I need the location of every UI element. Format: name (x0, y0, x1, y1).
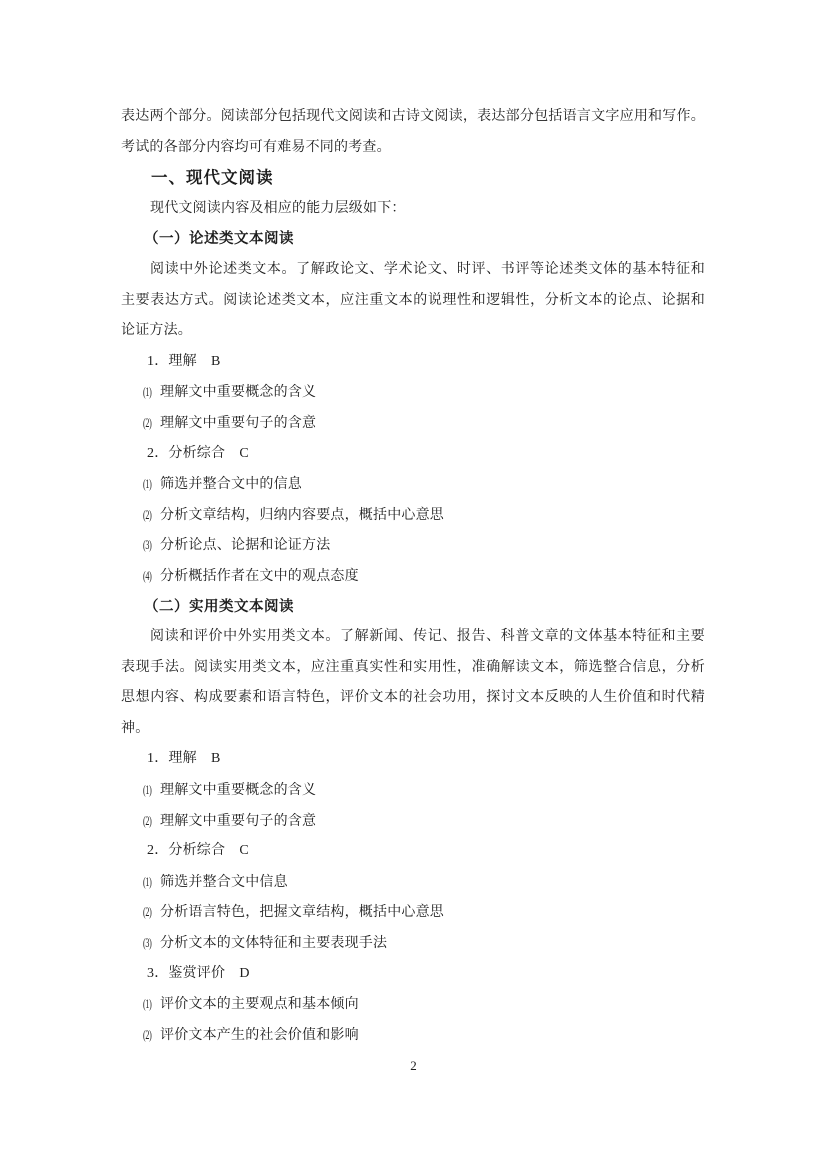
clause-text: 分析文本的文体特征和主要表现手法 (160, 936, 387, 951)
paragraph-line: 论证方法。 (121, 316, 705, 347)
subsection-heading: （一）论述类文本阅读 (121, 224, 705, 255)
ability-level-item: 1．理解 B (121, 347, 705, 378)
clause-item: (1)筛选并整合文中的信息 (121, 469, 705, 500)
paragraph-line: 神。 (121, 714, 705, 745)
clause-marker: (1) (143, 377, 154, 408)
clause-marker: (2) (143, 806, 154, 837)
subsection-heading: （二）实用类文本阅读 (121, 592, 705, 623)
clause-item: (2)评价文本产生的社会价值和影响 (121, 1020, 705, 1051)
clause-item: (2)分析文章结构，归纳内容要点，概括中心意思 (121, 500, 705, 531)
clause-text: 分析文章结构，归纳内容要点，概括中心意思 (160, 508, 444, 523)
clause-text: 评价文本的主要观点和基本倾向 (160, 997, 359, 1012)
clause-text: 理解文中重要句子的含意 (160, 416, 316, 431)
clause-marker: (3) (143, 530, 154, 561)
paragraph-line: 现代文阅读内容及相应的能力层级如下： (121, 194, 705, 225)
clause-item: (2)理解文中重要句子的含意 (121, 408, 705, 439)
clause-marker: (1) (143, 469, 154, 500)
clause-text: 评价文本产生的社会价值和影响 (160, 1028, 359, 1043)
clause-text: 筛选并整合文中信息 (160, 875, 288, 890)
ability-level-item: 2．分析综合 C (121, 439, 705, 470)
clause-text: 分析概括作者在文中的观点态度 (160, 569, 359, 584)
document-body: 表达两个部分。阅读部分包括现代文阅读和古诗文阅读，表达部分包括语言文字应用和写作… (121, 102, 705, 1050)
clause-item: (4)分析概括作者在文中的观点态度 (121, 561, 705, 592)
clause-item: (1)理解文中重要概念的含义 (121, 775, 705, 806)
clause-marker: (2) (143, 408, 154, 439)
clause-item: (2)理解文中重要句子的含意 (121, 806, 705, 837)
clause-marker: (2) (143, 1020, 154, 1051)
clause-text: 筛选并整合文中的信息 (160, 477, 302, 492)
clause-marker: (3) (143, 928, 154, 959)
clause-text: 分析语言特色，把握文章结构，概括中心意思 (160, 905, 444, 920)
clause-marker: (1) (143, 867, 154, 898)
paragraph-line: 主要表达方式。阅读论述类文本，应注重文本的说理性和逻辑性，分析文本的论点、论据和 (121, 286, 705, 317)
clause-text: 分析论点、论据和论证方法 (160, 538, 330, 553)
clause-item: (3)分析论点、论据和论证方法 (121, 530, 705, 561)
clause-marker: (1) (143, 989, 154, 1020)
clause-item: (2)分析语言特色，把握文章结构，概括中心意思 (121, 897, 705, 928)
paragraph-line: 考试的各部分内容均可有难易不同的考查。 (121, 133, 705, 164)
clause-marker: (2) (143, 500, 154, 531)
clause-marker: (1) (143, 775, 154, 806)
paragraph-line: 阅读和评价中外实用类文本。了解新闻、传记、报告、科普文章的文体基本特征和主要 (121, 622, 705, 653)
clause-text: 理解文中重要概念的含义 (160, 385, 316, 400)
clause-item: (1)筛选并整合文中信息 (121, 867, 705, 898)
clause-marker: (2) (143, 897, 154, 928)
clause-marker: (4) (143, 561, 154, 592)
paragraph-line: 表现手法。阅读实用类文本，应注重真实性和实用性，准确解读文本，筛选整合信息，分析 (121, 653, 705, 684)
paragraph-line: 表达两个部分。阅读部分包括现代文阅读和古诗文阅读，表达部分包括语言文字应用和写作… (121, 102, 705, 133)
document-page: 表达两个部分。阅读部分包括现代文阅读和古诗文阅读，表达部分包括语言文字应用和写作… (0, 0, 827, 1169)
clause-item: (3)分析文本的文体特征和主要表现手法 (121, 928, 705, 959)
paragraph-line: 思想内容、构成要素和语言特色，评价文本的社会功用，探讨文本反映的人生价值和时代精 (121, 683, 705, 714)
paragraph-line: 阅读中外论述类文本。了解政论文、学术论文、时评、书评等论述类文体的基本特征和 (121, 255, 705, 286)
page-number: 2 (0, 1058, 827, 1074)
clause-item: (1)评价文本的主要观点和基本倾向 (121, 989, 705, 1020)
clause-text: 理解文中重要句子的含意 (160, 814, 316, 829)
ability-level-item: 3．鉴赏评价 D (121, 959, 705, 990)
section-heading: 一、现代文阅读 (121, 163, 705, 194)
ability-level-item: 2．分析综合 C (121, 836, 705, 867)
clause-text: 理解文中重要概念的含义 (160, 783, 316, 798)
ability-level-item: 1．理解 B (121, 744, 705, 775)
clause-item: (1)理解文中重要概念的含义 (121, 377, 705, 408)
